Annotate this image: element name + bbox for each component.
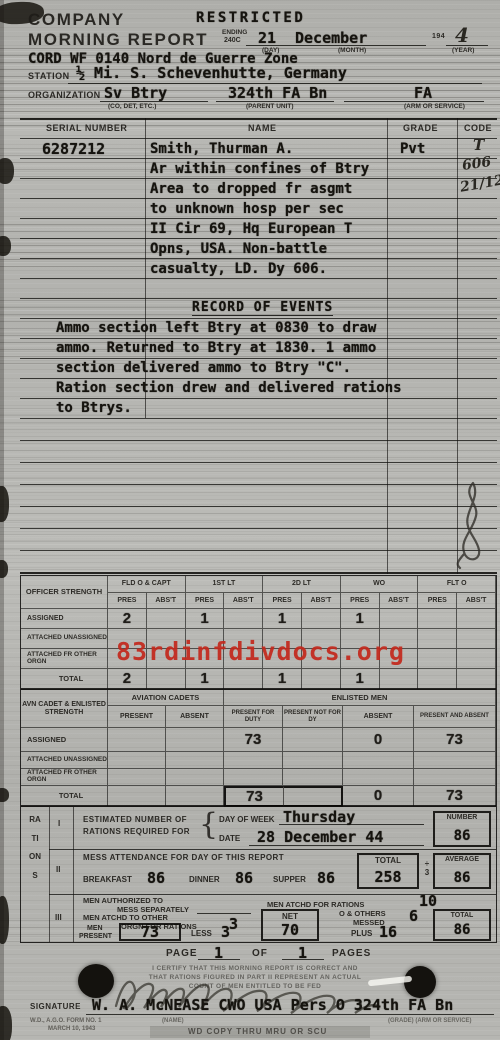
underline: [249, 845, 424, 846]
code-note-handwritten: 21/12: [459, 172, 500, 195]
entry-remark-line: Ar within confines of Btry: [150, 161, 369, 177]
station-value: ½ Mi. S. Schevenhutte, Germany: [76, 64, 347, 82]
archive-watermark: 83rdinfdivdocs.org: [116, 637, 405, 666]
rule-line: [20, 462, 497, 463]
officer-strength-row-header: OFFICER STRENGTH: [21, 576, 108, 609]
cell: [108, 786, 166, 807]
rule-line: [20, 398, 497, 399]
rule-line: [20, 378, 497, 379]
enlisted-col-header: PRESENT NOT FOR DY: [283, 706, 343, 728]
atchd-other-value: 3: [229, 915, 238, 933]
breakfast-value: 86: [147, 869, 165, 887]
enlisted-strength-table: AVN CADET & ENLISTED STRENGTH AVIATION C…: [20, 689, 497, 806]
cell: [418, 649, 457, 669]
year-sublabel: (YEAR): [452, 47, 474, 54]
plus-label: PLUS: [351, 929, 372, 938]
row-label: ATTACHED FR OTHER ORGN: [21, 649, 108, 669]
rule-line: [20, 118, 497, 120]
rule-line: [20, 528, 497, 529]
cell-value: 73: [224, 728, 283, 752]
col-header-code: CODE: [464, 123, 492, 133]
cell-value: 1: [263, 609, 302, 629]
cell: [414, 752, 496, 769]
number-label: NUMBER: [447, 814, 478, 821]
form-title-company: COMPANY: [28, 10, 125, 30]
record-of-events-title: RECORD OF EVENTS: [192, 300, 333, 316]
rations-section: RATIONS I II III ESTIMATED NUMBER OF RAT…: [20, 806, 497, 943]
mess-attendance-title: MESS ATTENDANCE FOR DAY OF THIS REPORT: [83, 853, 284, 862]
code-note-handwritten: 606: [461, 154, 492, 174]
cell-value: 0: [343, 728, 414, 752]
col-header-serial: SERIAL NUMBER: [46, 123, 127, 133]
scan-edge-shadow: [0, 0, 4, 1040]
event-line: to Btrys.: [56, 400, 132, 416]
net-label: NET: [282, 912, 298, 921]
enlisted-group-header: ENLISTED MEN: [224, 690, 496, 706]
cell: [166, 752, 224, 769]
month-sublabel: (MONTH): [338, 47, 366, 54]
org-parent-value: 324th FA Bn: [228, 84, 327, 102]
rations-total-label: TOTAL: [451, 912, 474, 919]
sub-header-abst: ABS'T: [380, 593, 419, 609]
enlisted-col-header: ABSENT: [343, 706, 414, 728]
event-line: Ammo section left Btry at 0830 to draw: [56, 320, 376, 336]
cell-value: 0: [343, 786, 414, 807]
plus-value: 16: [379, 923, 397, 941]
cell: [343, 752, 414, 769]
officer-group-header: 2D LT: [263, 576, 341, 593]
sub-header-abst: ABS'T: [224, 593, 263, 609]
report-year-digit: 4: [455, 23, 469, 47]
entry-grade: Pvt: [400, 141, 425, 157]
rule-line: [20, 572, 497, 574]
cell: [457, 609, 496, 629]
rule-line: [20, 218, 497, 219]
cell-value: 2: [108, 609, 147, 629]
number-box: NUMBER 86: [433, 811, 491, 847]
ending-time: 240C: [224, 37, 241, 44]
org-parent-sublabel: (PARENT UNIT): [246, 103, 294, 110]
entry-remark-line: Area to dropped fr asgmt: [150, 181, 352, 197]
cell-value: 1: [263, 669, 302, 690]
cell-value: 1: [341, 669, 380, 690]
rule-line: [20, 278, 497, 279]
entry-remark-line: casualty, LD. Dy 606.: [150, 261, 327, 277]
cell: [457, 669, 496, 690]
sub-header-pres: PRES: [263, 593, 302, 609]
cell: [457, 649, 496, 669]
entry-remark-line: II Cir 69, Hq European T: [150, 221, 352, 237]
org-unit-value: Sv Btry: [104, 84, 167, 102]
sub-header-abst: ABS'T: [147, 593, 186, 609]
rations-required-label2: RATIONS REQUIRED FOR: [83, 827, 190, 836]
org-unit-underline: [100, 101, 208, 102]
dinner-value: 86: [235, 869, 253, 887]
organization-label: ORGANIZATION: [28, 90, 100, 100]
event-line: section delivered ammo to Btry "C".: [56, 360, 351, 376]
mess-total-value: 258: [374, 868, 401, 886]
row-label: ASSIGNED: [21, 609, 108, 629]
cell: [302, 609, 341, 629]
grade-arm-sublabel: (GRADE) (ARM OR SERVICE): [388, 1018, 472, 1024]
officer-group-header: WO: [341, 576, 419, 593]
sub-header-pres: PRES: [341, 593, 380, 609]
cell-value: 73: [414, 786, 496, 807]
signature-underline: [86, 1014, 494, 1015]
net-value: 70: [281, 921, 299, 939]
cell-value: 2: [108, 669, 147, 690]
entry-remark-line: Opns, USA. Non-battle: [150, 241, 327, 257]
rule-line: [20, 158, 497, 159]
cell: [283, 786, 343, 807]
entry-serial-number: 6287212: [42, 140, 105, 158]
entry-code-handwritten: T: [473, 136, 484, 154]
average-label: AVERAGE: [445, 856, 479, 863]
rule-line: [20, 506, 497, 507]
cell-value: 1: [341, 609, 380, 629]
rations-required-label1: ESTIMATED NUMBER OF: [83, 815, 187, 824]
rule-line: [20, 138, 497, 139]
org-arm-value: FA: [414, 84, 432, 102]
officer-group-header: FLT O: [418, 576, 496, 593]
number-value: 86: [454, 828, 471, 844]
underline: [279, 824, 424, 825]
signature-typed-name: W. A. McNEASE CWO USA Pers O 324th FA Bn: [92, 996, 453, 1014]
cell-value: 1: [186, 669, 225, 690]
col-header-grade: GRADE: [403, 123, 438, 133]
event-line: Ration section drew and delivered ration…: [56, 380, 402, 396]
men-present-value: 73: [141, 923, 159, 941]
rule-line: [20, 238, 497, 239]
rations-total-box: TOTAL 86: [433, 909, 491, 941]
atchd-for-rations-label: MEN ATCHD FOR RATIONS: [267, 900, 364, 909]
cell: [108, 752, 166, 769]
rule-line: [20, 178, 497, 179]
column-divider: [387, 118, 388, 574]
copy-routing-note: WD COPY THRU MRU OR SCU: [188, 1027, 327, 1036]
roster-and-events-table: SERIAL NUMBER NAME GRADE CODE 6287212 Sm…: [20, 118, 497, 574]
enlisted-col-header: PRESENT FOR DUTY: [224, 706, 283, 728]
year-underline: [446, 45, 488, 46]
column-divider: [49, 807, 50, 942]
row-label: ATTACHED UNASSIGNED: [21, 629, 108, 649]
sub-header-abst: ABS'T: [302, 593, 341, 609]
cell: [166, 769, 224, 786]
morning-report-scan: COMPANY RESTRICTED MORNING REPORT ENDING…: [0, 0, 500, 1040]
sub-header-pres: PRES: [418, 593, 457, 609]
org-unit-sublabel: (CO, DET, ETC.): [108, 103, 156, 110]
cell: [224, 669, 263, 690]
rule-line: [20, 258, 497, 259]
rule-line: [20, 550, 497, 551]
men-present-box: 73: [119, 923, 181, 941]
enlisted-col-header: PRESENT: [108, 706, 166, 728]
date-underline: [246, 45, 426, 46]
enlisted-row-header: AVN CADET & ENLISTED STRENGTH: [21, 690, 108, 728]
cell: [108, 728, 166, 752]
row-label: ATTACHED FR OTHER ORGN: [21, 769, 108, 786]
rations-total-value: 86: [454, 922, 471, 938]
cell: [380, 609, 419, 629]
mess-total-label: TOTAL: [375, 856, 401, 865]
others-messed-label1: O & OTHERS: [339, 909, 386, 918]
brace-glyph: {: [199, 807, 218, 842]
cell-value: 1: [186, 609, 225, 629]
cell: [343, 769, 414, 786]
less-label: LESS: [191, 929, 212, 938]
row-label: ATTACHED UNASSIGNED: [21, 752, 108, 769]
auth-mess-label1: MEN AUTHORIZED TO: [83, 896, 163, 905]
station-label: STATION: [28, 71, 70, 81]
officer-strength-table: OFFICER STRENGTH FLD O & CAPT 1ST LT 2D …: [20, 575, 497, 689]
org-parent-underline: [216, 101, 334, 102]
cell: [283, 752, 343, 769]
column-divider: [73, 807, 74, 942]
underline: [197, 913, 251, 914]
officer-group-header: 1ST LT: [186, 576, 264, 593]
cell: [283, 769, 343, 786]
cell: [414, 769, 496, 786]
sub-header-pres: PRES: [186, 593, 225, 609]
cell: [457, 629, 496, 649]
cell: [302, 669, 341, 690]
men-present-label1: MEN: [87, 925, 103, 932]
mess-total-box: TOTAL 258: [357, 853, 419, 889]
rule-line: [20, 484, 497, 485]
entry-name: Smith, Thurman A.: [150, 141, 293, 157]
cell: [224, 609, 263, 629]
rule-line: [20, 358, 497, 359]
net-box: NET 70: [261, 909, 319, 941]
cell: [418, 609, 457, 629]
dinner-label: DINNER: [189, 875, 220, 884]
day-of-week-label: DAY OF WEEK: [219, 815, 275, 824]
rule-line: [20, 338, 497, 339]
signature-label: SIGNATURE: [30, 1002, 81, 1011]
ending-label: ENDING: [222, 29, 247, 36]
cell: [418, 629, 457, 649]
row-label: TOTAL: [21, 669, 108, 690]
part-numeral-three: III: [55, 913, 62, 922]
enlisted-col-header: PRESENT AND ABSENT: [414, 706, 496, 728]
average-value: 86: [454, 870, 471, 886]
cell: [224, 752, 283, 769]
handwritten-pen-mark: [448, 478, 494, 574]
year-prefix: 194: [432, 33, 445, 40]
cell: [166, 786, 224, 807]
cell: [418, 669, 457, 690]
supper-label: SUPPER: [273, 875, 306, 884]
cell: [283, 728, 343, 752]
rations-side-label: RATIONS: [29, 811, 41, 885]
rule-line: [20, 418, 497, 419]
sub-header-abst: ABS'T: [457, 593, 496, 609]
form-number: W.D., A.G.O. FORM NO. 1: [30, 1018, 101, 1024]
part-numeral-one: I: [58, 819, 60, 828]
others-messed-value: 6: [409, 907, 418, 925]
enlisted-col-header: ABSENT: [166, 706, 224, 728]
name-sublabel: (NAME): [162, 1018, 184, 1024]
row-label: ASSIGNED: [21, 728, 108, 752]
average-box: AVERAGE 86: [433, 853, 491, 889]
section-divider: [49, 849, 496, 850]
cell: [224, 769, 283, 786]
enlisted-group-header: AVIATION CADETS: [108, 690, 224, 706]
cell: [147, 609, 186, 629]
rule-line: [20, 440, 497, 441]
cell: [166, 728, 224, 752]
entry-remark-line: to unknown hosp per sec: [150, 201, 344, 217]
col-header-name: NAME: [248, 123, 277, 133]
classification-stamp: RESTRICTED: [196, 10, 305, 26]
date-label: DATE: [219, 834, 240, 843]
breakfast-label: BREAKFAST: [83, 875, 132, 884]
rule-line: [20, 198, 497, 199]
supper-value: 86: [317, 869, 335, 887]
sub-header-pres: PRES: [108, 593, 147, 609]
form-date: MARCH 10, 1943: [48, 1026, 95, 1032]
cell-value: 73: [414, 728, 496, 752]
cell-value: 73: [224, 786, 283, 807]
cell: [380, 669, 419, 690]
officer-group-header: FLD O & CAPT: [108, 576, 186, 593]
less-value: 3: [221, 923, 230, 941]
event-line: ammo. Returned to Btry at 1830. 1 ammo: [56, 340, 376, 356]
row-label: TOTAL: [21, 786, 108, 807]
rule-line: [20, 318, 497, 319]
divide-by-three-note: ÷ 3: [422, 859, 432, 877]
org-arm-sublabel: (ARM OR SERVICE): [404, 103, 465, 110]
cell: [108, 769, 166, 786]
part-numeral-two: II: [56, 865, 60, 874]
atchd-for-rations-value: 10: [419, 892, 437, 910]
atchd-other-label1: MEN ATCHD TO OTHER: [83, 913, 168, 922]
rule-line: [20, 298, 497, 299]
date-value: 28 December 44: [257, 828, 383, 846]
org-arm-underline: [344, 101, 484, 102]
form-title-morning-report: MORNING REPORT: [28, 30, 208, 50]
men-present-label2: PRESENT: [79, 933, 112, 940]
cell: [147, 669, 186, 690]
